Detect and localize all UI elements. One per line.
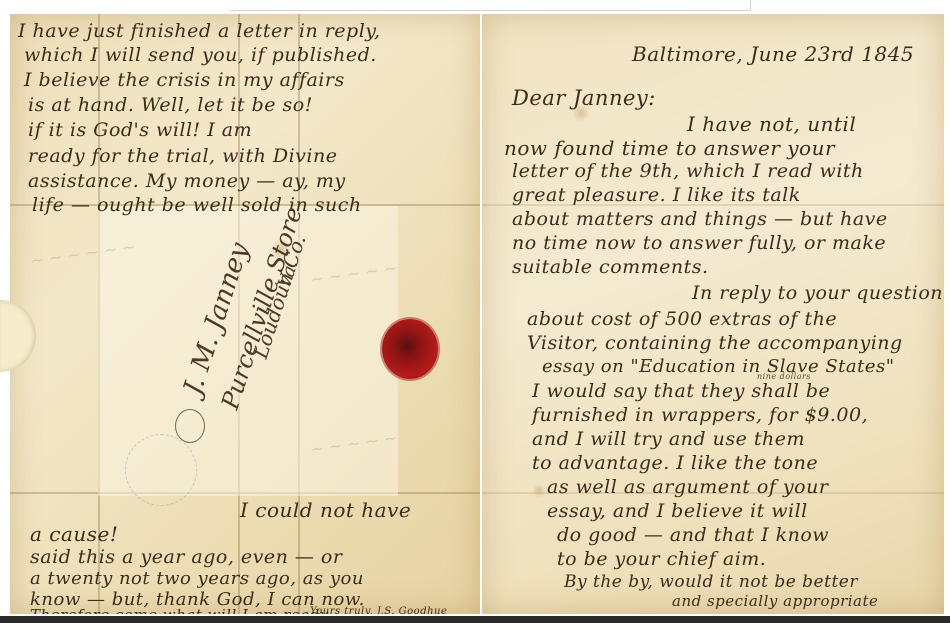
left-bottom-line-3: said this a year ago, even — or <box>30 546 342 568</box>
salutation: Dear Janney: <box>512 86 656 110</box>
right-line-5: about matters and things — but have <box>512 208 888 230</box>
right-line-3: letter of the 9th, which I read with <box>512 160 864 182</box>
right-line-13: furnished in wrappers, for $9.00, <box>532 404 868 426</box>
right-page: Baltimore, June 23rd 1845 Dear Janney: I… <box>482 14 944 614</box>
right-line-8: In reply to your question <box>692 282 943 304</box>
right-line-17: essay, and I believe it will <box>547 500 808 522</box>
right-line-21: and specially appropriate <box>672 592 878 610</box>
rate-mark <box>175 409 205 443</box>
right-line-1: I have not, until <box>687 112 856 136</box>
postmark <box>125 434 197 506</box>
wax-seal <box>382 319 438 379</box>
left-line-8: life — ought be well sold in such <box>32 194 362 216</box>
scanner-strip <box>230 0 751 11</box>
left-line-2: which I will send you, if published. <box>24 44 377 66</box>
left-line-3: I believe the crisis in my affairs <box>24 69 345 91</box>
right-line-2: now found time to answer your <box>504 136 835 160</box>
left-page: ~ ~ ~ ~ ~ ~ ~ ~ ~ ~ ~ ~ ~ ~ ~ ~ I have j… <box>10 14 480 614</box>
left-line-5: if it is God's will! I am <box>28 119 252 141</box>
stain <box>532 484 546 498</box>
right-line-9: about cost of 500 extras of the <box>527 308 837 330</box>
right-line-14: and I will try and use them <box>532 428 805 450</box>
right-line-15: to advantage. I like the tone <box>532 452 818 474</box>
right-line-20: By the by, would it not be better <box>564 572 858 592</box>
right-line-16: as well as argument of your <box>547 476 828 498</box>
scanner-edge <box>0 616 950 623</box>
right-line-18: do good — and that I know <box>557 524 829 546</box>
left-bottom-line-1: I could not have <box>240 498 411 522</box>
left-line-4: is at hand. Well, let it be so! <box>28 94 313 116</box>
left-line-7: assistance. My money — ay, my <box>28 170 346 192</box>
right-line-6: no time now to answer fully, or make <box>512 232 886 254</box>
dateline: Baltimore, June 23rd 1845 <box>632 42 914 66</box>
right-line-19: to be your chief aim. <box>557 548 766 570</box>
left-line-6: ready for the trial, with Divine <box>28 145 337 167</box>
left-bottom-line-6: Therefore come what will I am ready. <box>30 606 332 614</box>
right-line-10: Visitor, containing the accompanying <box>527 332 903 354</box>
signature: Yours truly, J.S. Goodhue <box>310 606 447 614</box>
right-line-4: great pleasure. I like its talk <box>512 184 801 206</box>
right-line-7: suitable comments. <box>512 256 709 278</box>
left-bottom-line-4: a twenty not two years ago, as you <box>30 568 364 589</box>
left-bottom-line-2: a cause! <box>30 522 118 546</box>
right-line-12: I would say that they shall be <box>532 380 830 402</box>
left-line-1: I have just finished a letter in reply, <box>18 20 381 42</box>
right-line-11: essay on "Education in Slave States" <box>542 356 895 377</box>
